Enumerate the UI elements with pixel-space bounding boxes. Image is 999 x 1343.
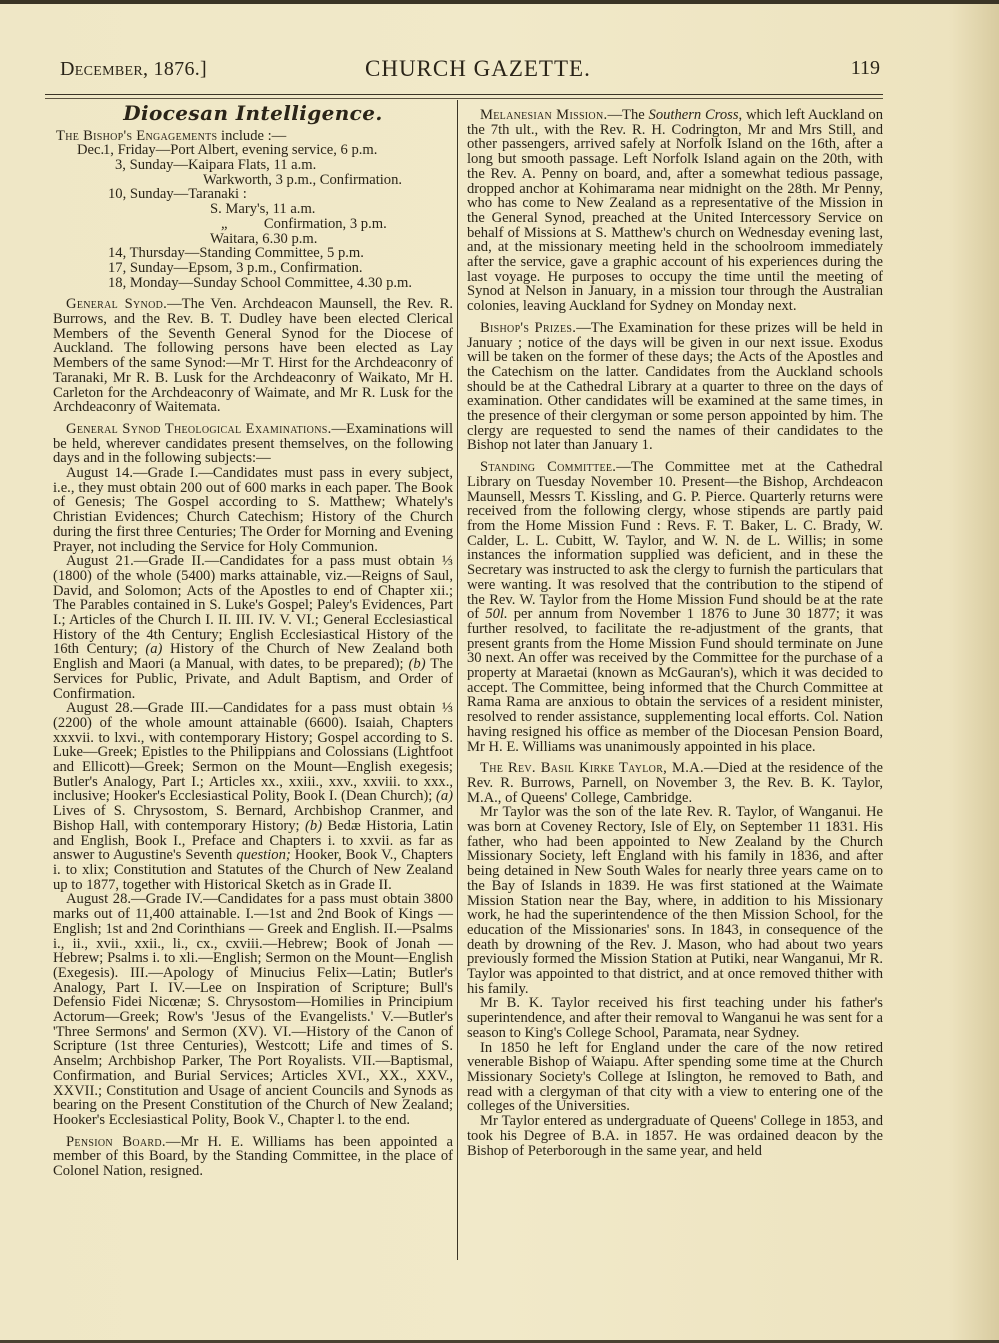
standing-committee-heading: Standing Committee.: [480, 459, 616, 475]
bishops-engagements: The Bishop's Engagements include :— Dec.…: [53, 129, 453, 291]
grade-3-paragraph: August 28.—Grade III.—Candidates for a p…: [53, 701, 453, 892]
standing-committee-text: —The Committee met at the Cathedral Libr…: [467, 459, 883, 622]
melanesian-text: , which left Auckland on the 7th ult., w…: [467, 107, 883, 314]
left-column: Diocesan Intelligence. The Bishop's Enga…: [53, 100, 453, 1179]
newspaper-page: December, 1876.] CHURCH GAZETTE. 119 Dio…: [0, 0, 999, 1343]
grade-2-paragraph: August 21.—Grade II.—Candidates for a pa…: [53, 554, 453, 701]
engagement-text: „ Confirmation, 3 p.m.: [210, 217, 387, 232]
obituary-para-4: Mr Taylor entered as undergraduate of Qu…: [467, 1114, 883, 1158]
obituary-heading: The Rev. Basil Kirke Taylor, M.A.: [480, 760, 704, 776]
obituary-para-1: Mr Taylor was the son of the late Rev. R…: [467, 805, 883, 996]
engagement-text: 10, Sunday—Taranaki :: [108, 187, 247, 202]
grade-1-paragraph: August 14.—Grade I.—Candidates must pass…: [53, 466, 453, 554]
pension-board-heading: Pension Board.: [66, 1134, 166, 1150]
column-divider: [457, 100, 458, 1260]
engagement-row: 14, Thursday—Standing Committee, 5 p.m.: [53, 246, 453, 261]
section-title: Diocesan Intelligence.: [53, 106, 453, 121]
engagement-text: 1, Friday—Port Albert, evening service, …: [103, 143, 377, 158]
standing-committee-text: per annum from November 1 1876 to June 3…: [467, 606, 883, 754]
grade-3-italic: question;: [236, 847, 290, 863]
engagement-row: 3, Sunday—Kaipara Flats, 11 a.m.: [53, 158, 453, 173]
running-head: December, 1876.] CHURCH GAZETTE. 119: [60, 56, 880, 86]
engagement-text: Waitara, 6.30 p.m.: [210, 232, 317, 247]
pension-board-paragraph: Pension Board.—Mr H. E. Williams has bee…: [53, 1135, 453, 1179]
engagement-row: Waitara, 6.30 p.m.: [53, 232, 453, 247]
engagement-row: Warkworth, 3 p.m., Confirmation.: [53, 173, 453, 188]
bishops-prizes-paragraph: Bishop's Prizes.—The Examination for the…: [467, 321, 883, 453]
engagement-month: Dec.: [77, 143, 104, 158]
publication-title: CHURCH GAZETTE.: [365, 56, 591, 82]
engagement-text: 14, Thursday—Standing Committee, 5 p.m.: [108, 246, 364, 261]
examinations-paragraph: General Synod Theological Examinations.—…: [53, 422, 453, 466]
engagement-text: 17, Sunday—Epsom, 3 p.m., Confirmation.: [108, 261, 363, 276]
grade-2-mark-a: (a): [145, 641, 162, 657]
obituary-para-2: Mr B. K. Taylor received his first teach…: [467, 996, 883, 1040]
examinations-heading: General Synod Theological Examinations.: [66, 421, 332, 437]
issue-date: December, 1876.]: [60, 58, 207, 81]
obituary-paragraph: The Rev. Basil Kirke Taylor, M.A.—Died a…: [467, 761, 883, 805]
engagement-row: 10, Sunday—Taranaki :: [53, 187, 453, 202]
grade-4-paragraph: August 28.—Grade IV.—Candidates for a pa…: [53, 892, 453, 1127]
engagement-row: 17, Sunday—Epsom, 3 p.m., Confirmation.: [53, 261, 453, 276]
melanesian-text: —The: [607, 107, 648, 123]
engagements-list: Dec. 1, Friday—Port Albert, evening serv…: [53, 143, 453, 290]
grade-3-mark-a: (a): [436, 788, 453, 804]
engagement-text: S. Mary's, 11 a.m.: [210, 202, 315, 217]
page-number: 119: [851, 57, 880, 80]
header-rule-thin: [45, 98, 883, 99]
grade-3-mark-b: (b): [305, 818, 322, 834]
engagement-row: „ Confirmation, 3 p.m.: [53, 217, 453, 232]
grade-2-mark-b: (b): [409, 656, 426, 672]
ship-name: Southern Cross: [649, 107, 739, 123]
stipend-amount: 50l.: [485, 606, 507, 622]
engagement-row: S. Mary's, 11 a.m.: [53, 202, 453, 217]
right-column: Melanesian Mission.—The Southern Cross, …: [467, 100, 883, 1158]
engagement-row: Dec. 1, Friday—Port Albert, evening serv…: [53, 143, 453, 158]
melanesian-mission-paragraph: Melanesian Mission.—The Southern Cross, …: [467, 108, 883, 314]
engagement-row: 18, Monday—Sunday School Committee, 4.30…: [53, 276, 453, 291]
general-synod-text: —The Ven. Archdeacon Maunsell, the Rev. …: [53, 296, 453, 415]
engagement-text: Warkworth, 3 p.m., Confirmation.: [203, 173, 402, 188]
grade-3-text: August 28.—Grade III.—Candidates for a p…: [53, 700, 453, 804]
melanesian-mission-heading: Melanesian Mission.: [480, 107, 607, 123]
bishops-prizes-heading: Bishop's Prizes.: [480, 320, 576, 336]
bishops-prizes-text: —The Examination for these prizes will b…: [467, 320, 883, 454]
engagement-text: 18, Monday—Sunday School Committee, 4.30…: [108, 276, 412, 291]
engagements-heading: The Bishop's Engagements: [56, 128, 217, 144]
obituary-para-3: In 1850 he left for England under the ca…: [467, 1041, 883, 1115]
standing-committee-paragraph: Standing Committee.—The Committee met at…: [467, 460, 883, 754]
general-synod-heading: General Synod.: [66, 296, 167, 312]
general-synod-paragraph: General Synod.—The Ven. Archdeacon Mauns…: [53, 297, 453, 415]
engagements-intro: include :—: [217, 128, 286, 144]
engagement-text: 3, Sunday—Kaipara Flats, 11 a.m.: [115, 158, 316, 173]
header-rule: [45, 94, 883, 95]
